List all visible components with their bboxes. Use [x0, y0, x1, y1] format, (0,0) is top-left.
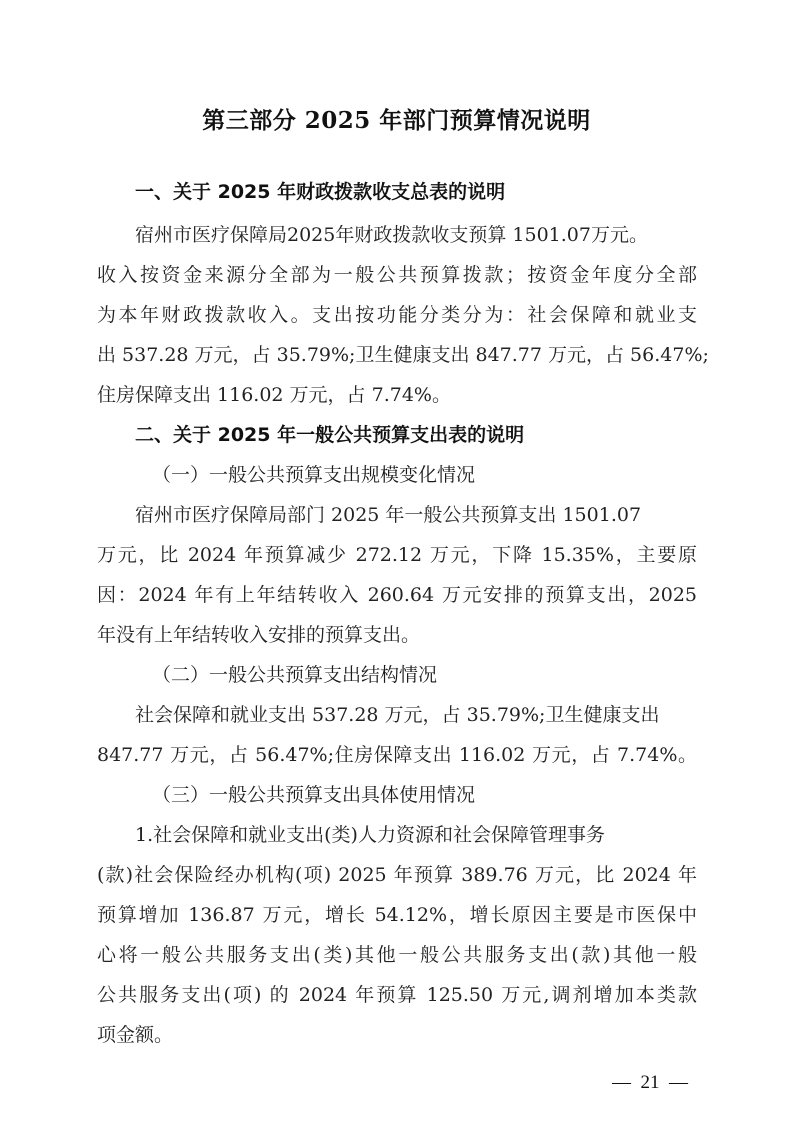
- document-title: 第三部分 2025 年部门预算情况说明: [0, 102, 793, 135]
- paragraph-line: 宿州市医疗保障局2025年财政拨款收支预算 1501.07万元。: [135, 223, 735, 247]
- paragraph-line: 收入按资金来源分全部为一般公共预算拨款；按资金年度分全部: [97, 263, 697, 287]
- section-heading-1: 一、关于 2025 年财政拨款收支总表的说明: [135, 180, 735, 204]
- paragraph-line: 宿州市医疗保障局部门 2025 年一般公共预算支出 1501.07: [135, 503, 735, 527]
- paragraph-line: 社会保障和就业支出 537.28 万元，占 35.79%;卫生健康支出: [135, 703, 735, 727]
- paragraph-line: 项金额。: [97, 1023, 697, 1047]
- paragraph-line: (款)社会保险经办机构(项) 2025 年预算 389.76 万元，比 2024…: [97, 863, 697, 887]
- paragraph-line: 年没有上年结转收入安排的预算支出。: [97, 623, 697, 647]
- paragraph-line: 出 537.28 万元，占 35.79%;卫生健康支出 847.77 万元，占 …: [97, 343, 697, 367]
- paragraph-line: 1.社会保障和就业支出(类)人力资源和社会保障管理事务: [135, 823, 735, 847]
- paragraph-line: 住房保障支出 116.02 万元，占 7.74%。: [97, 383, 697, 407]
- page-number: — 21 —: [612, 1072, 688, 1094]
- paragraph-line: 预算增加 136.87 万元，增长 54.12%，增长原因主要是市医保中: [97, 903, 697, 927]
- subsection-heading-2: （二）一般公共预算支出结构情况: [152, 663, 752, 687]
- paragraph-line: 847.77 万元，占 56.47%;住房保障支出 116.02 万元，占 7.…: [97, 743, 697, 767]
- subsection-heading-3: （三）一般公共预算支出具体使用情况: [152, 783, 752, 807]
- paragraph-line: 因：2024 年有上年结转收入 260.64 万元安排的预算支出，2025: [97, 583, 697, 607]
- paragraph-line: 万元，比 2024 年预算减少 272.12 万元，下降 15.35%，主要原: [97, 543, 697, 567]
- paragraph-line: 心将一般公共服务支出(类)其他一般公共服务支出(款)其他一般: [97, 943, 697, 967]
- document-page: 第三部分 2025 年部门预算情况说明 一、关于 2025 年财政拨款收支总表的…: [0, 0, 793, 1122]
- paragraph-line: 公共服务支出(项) 的 2024 年预算 125.50 万元,调剂增加本类款: [97, 983, 697, 1007]
- paragraph-line: 为本年财政拨款收入。支出按功能分类分为：社会保障和就业支: [97, 303, 697, 327]
- section-heading-2: 二、关于 2025 年一般公共预算支出表的说明: [135, 423, 735, 447]
- subsection-heading-1: （一）一般公共预算支出规模变化情况: [152, 463, 752, 487]
